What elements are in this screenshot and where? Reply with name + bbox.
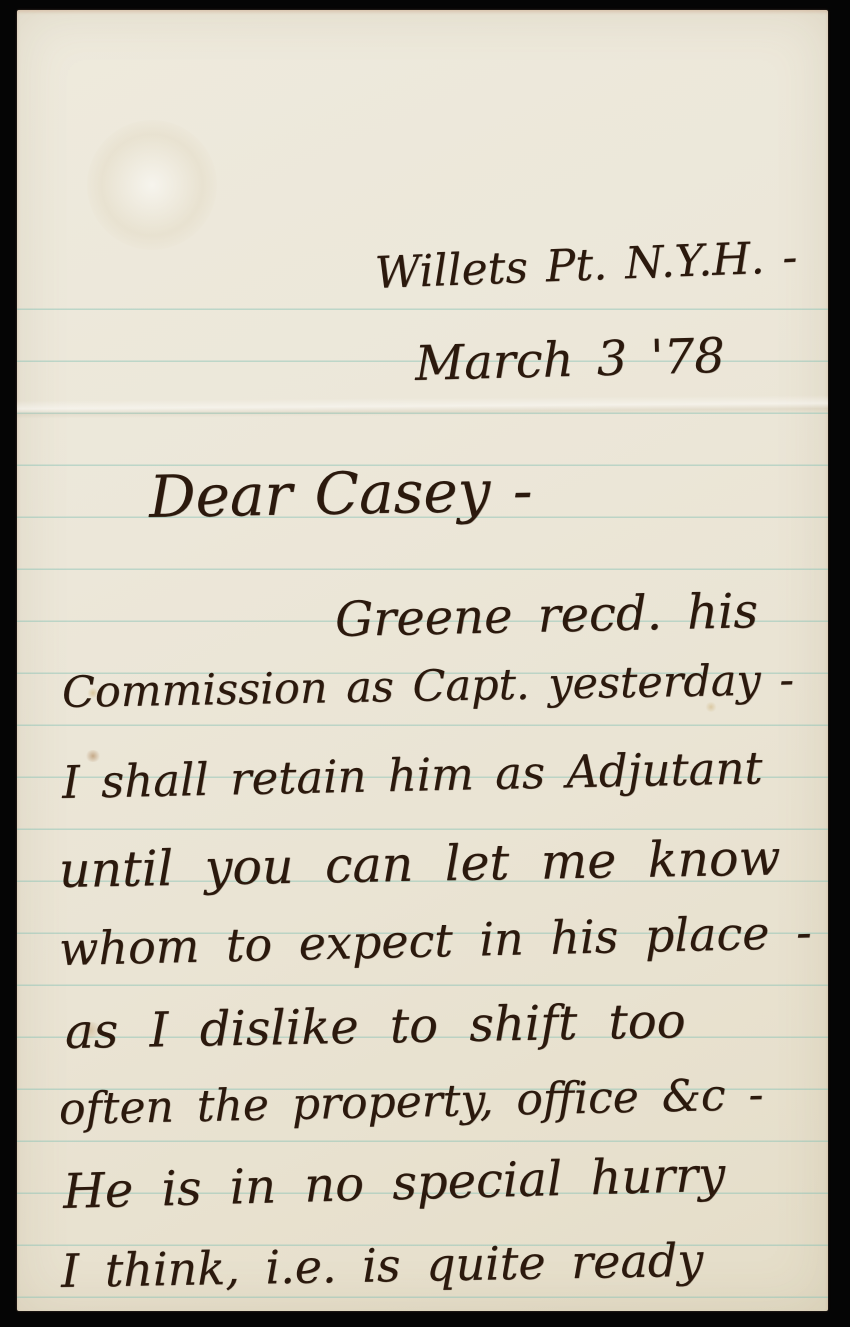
letter-paper: Willets Pt. N.Y.H. - March 3 '78 Dear Ca… [17, 10, 828, 1311]
paper-dent [87, 120, 217, 250]
scan-background: Willets Pt. N.Y.H. - March 3 '78 Dear Ca… [0, 0, 850, 1327]
body-line: Greene recd. his [334, 587, 758, 644]
body-line: as I dislike to shift too [65, 997, 686, 1056]
body-line: I shall retain him as Adjutant [62, 745, 763, 805]
salutation: Dear Casey - [148, 461, 532, 526]
body-line: I think, i.e. is quite ready [61, 1237, 704, 1294]
heading-date: March 3 '78 [414, 332, 725, 388]
body-line: until you can let me know [59, 833, 781, 895]
body-line: Commission as Capt. yesterday - [62, 659, 795, 715]
